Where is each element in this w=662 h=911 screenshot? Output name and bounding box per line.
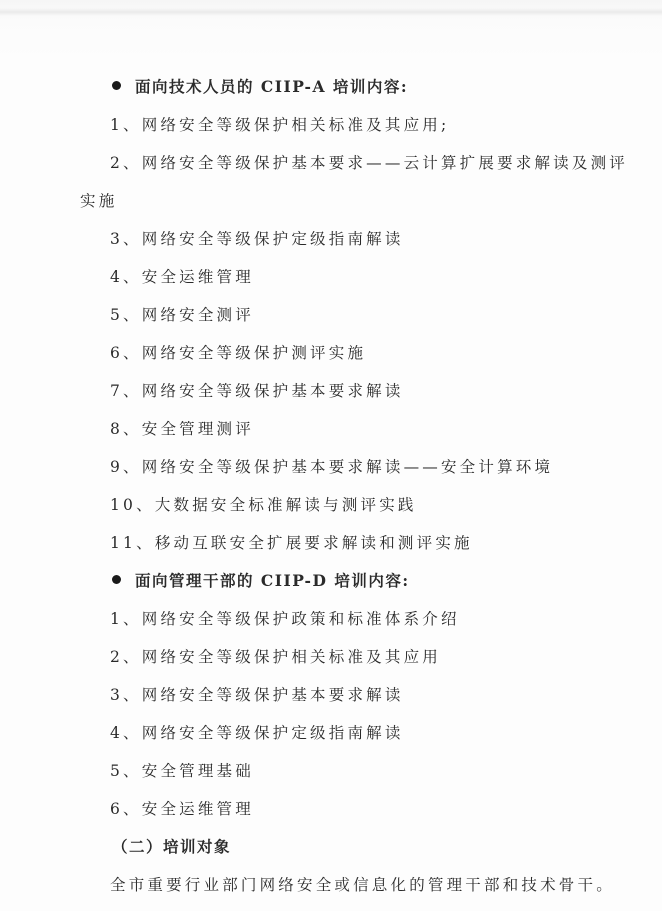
list-item: 1、网络安全等级保护相关标准及其应用; <box>110 115 449 135</box>
list-item: 6、网络安全等级保护测评实施 <box>110 343 366 363</box>
list-item: 10、大数据安全标准解读与测评实践 <box>110 495 417 515</box>
list-item: 6、安全运维管理 <box>110 799 254 819</box>
list-item: 5、安全管理基础 <box>110 761 254 781</box>
document-page: 面向技术人员的 CIIP-A 培训内容: 1、网络安全等级保护相关标准及其应用;… <box>0 0 662 911</box>
list-item: 8、安全管理测评 <box>110 419 254 439</box>
list-item: 1、网络安全等级保护政策和标准体系介绍 <box>110 609 460 629</box>
list-item: 7、网络安全等级保护基本要求解读 <box>110 381 404 401</box>
paragraph: 全市重要行业部门网络安全或信息化的管理干部和技术骨干。 <box>110 875 615 895</box>
list-item: 3、网络安全等级保护基本要求解读 <box>110 685 404 705</box>
heading-text: 面向管理干部的 CIIP-D 培训内容: <box>135 571 410 590</box>
list-item: 11、移动互联安全扩展要求解读和测评实施 <box>110 533 473 553</box>
list-item-continuation: 实施 <box>80 191 117 211</box>
scan-artifact <box>0 8 662 16</box>
list-item: 4、安全运维管理 <box>110 267 254 287</box>
bullet-icon <box>112 81 121 90</box>
list-item: 9、网络安全等级保护基本要求解读——安全计算环境 <box>110 457 553 477</box>
list-item: 3、网络安全等级保护定级指南解读 <box>110 229 404 249</box>
bullet-icon <box>112 575 121 584</box>
section-heading-ciip-a: 面向技术人员的 CIIP-A 培训内容: <box>112 77 408 97</box>
section-heading-ciip-d: 面向管理干部的 CIIP-D 培训内容: <box>112 571 410 591</box>
heading-text: 面向技术人员的 CIIP-A 培训内容: <box>135 77 408 96</box>
section-heading-training-target: （二）培训对象 <box>112 837 231 857</box>
list-item: 4、网络安全等级保护定级指南解读 <box>110 723 404 743</box>
list-item: 5、网络安全测评 <box>110 305 254 325</box>
list-item: 2、网络安全等级保护相关标准及其应用 <box>110 647 441 667</box>
list-item: 2、网络安全等级保护基本要求——云计算扩展要求解读及测评 <box>110 153 628 173</box>
